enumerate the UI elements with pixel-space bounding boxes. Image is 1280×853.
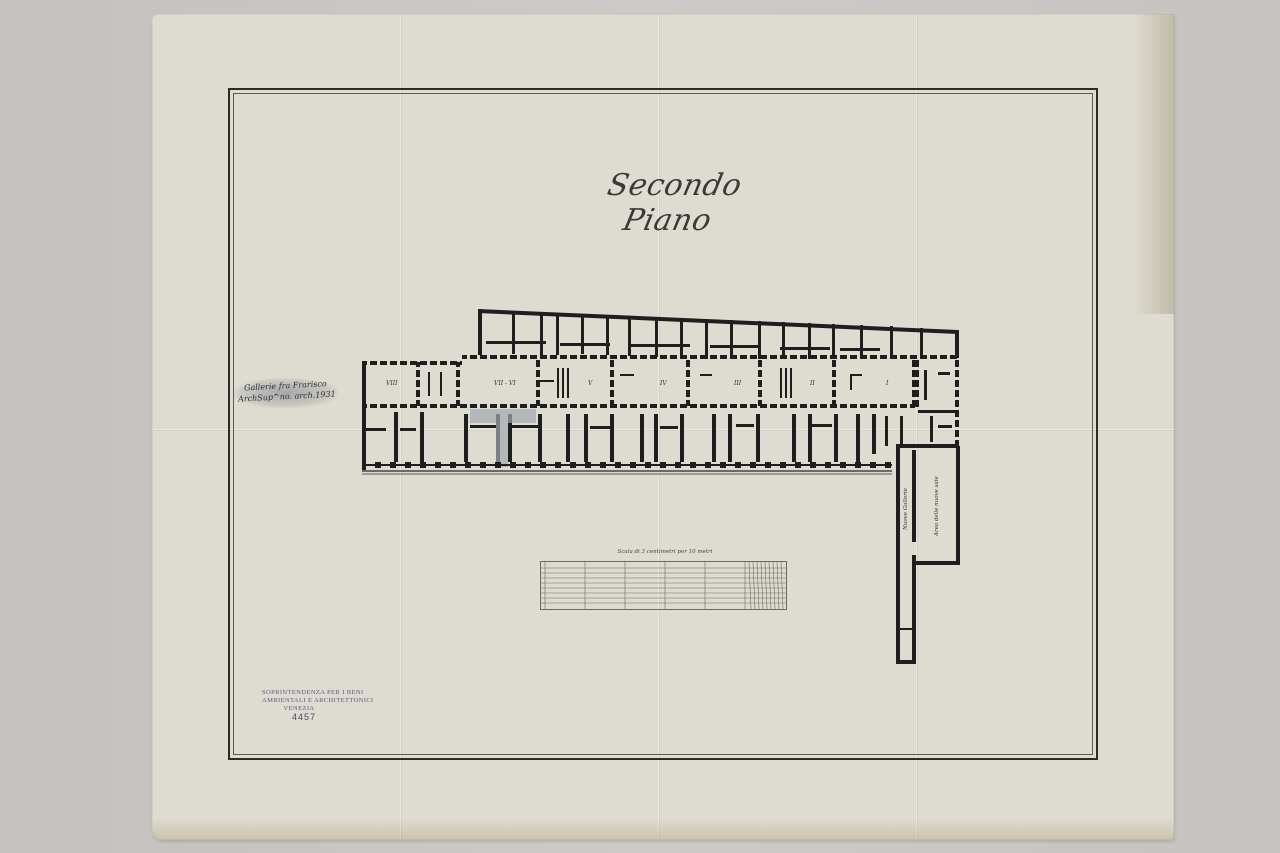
north-range xyxy=(462,309,959,359)
hall-label-i: I xyxy=(886,380,888,387)
hall-label-iii: III xyxy=(734,380,741,387)
stamp-number: 4457 xyxy=(262,713,372,721)
hall-label-vii-vi: VII - VI xyxy=(494,380,516,387)
stamp-line-3: VENEZIA xyxy=(262,705,372,713)
wing-label-corridor: Nuove Gallerie xyxy=(903,488,909,530)
scale-title: Scala di 3 centimetri per 10 metri xyxy=(560,549,770,555)
floor-plan xyxy=(0,0,1280,853)
stamp-line-2: AMBIENTALI E ARCHITETTONICI xyxy=(262,697,372,705)
scale-bar xyxy=(540,561,787,610)
hall-label-ii: II xyxy=(810,380,815,387)
hall-label-viii: VIII xyxy=(386,380,397,387)
hall-label-iv: IV xyxy=(660,380,667,387)
stamp-line-1: SOPRINTENDENZA PER I BENI xyxy=(262,689,372,697)
south-wing xyxy=(896,444,960,664)
hall-label-v: V xyxy=(588,380,592,387)
archive-stamp: SOPRINTENDENZA PER I BENI AMBIENTALI E A… xyxy=(262,689,372,721)
wing-label-room: Area delle nuove sale xyxy=(934,476,940,536)
